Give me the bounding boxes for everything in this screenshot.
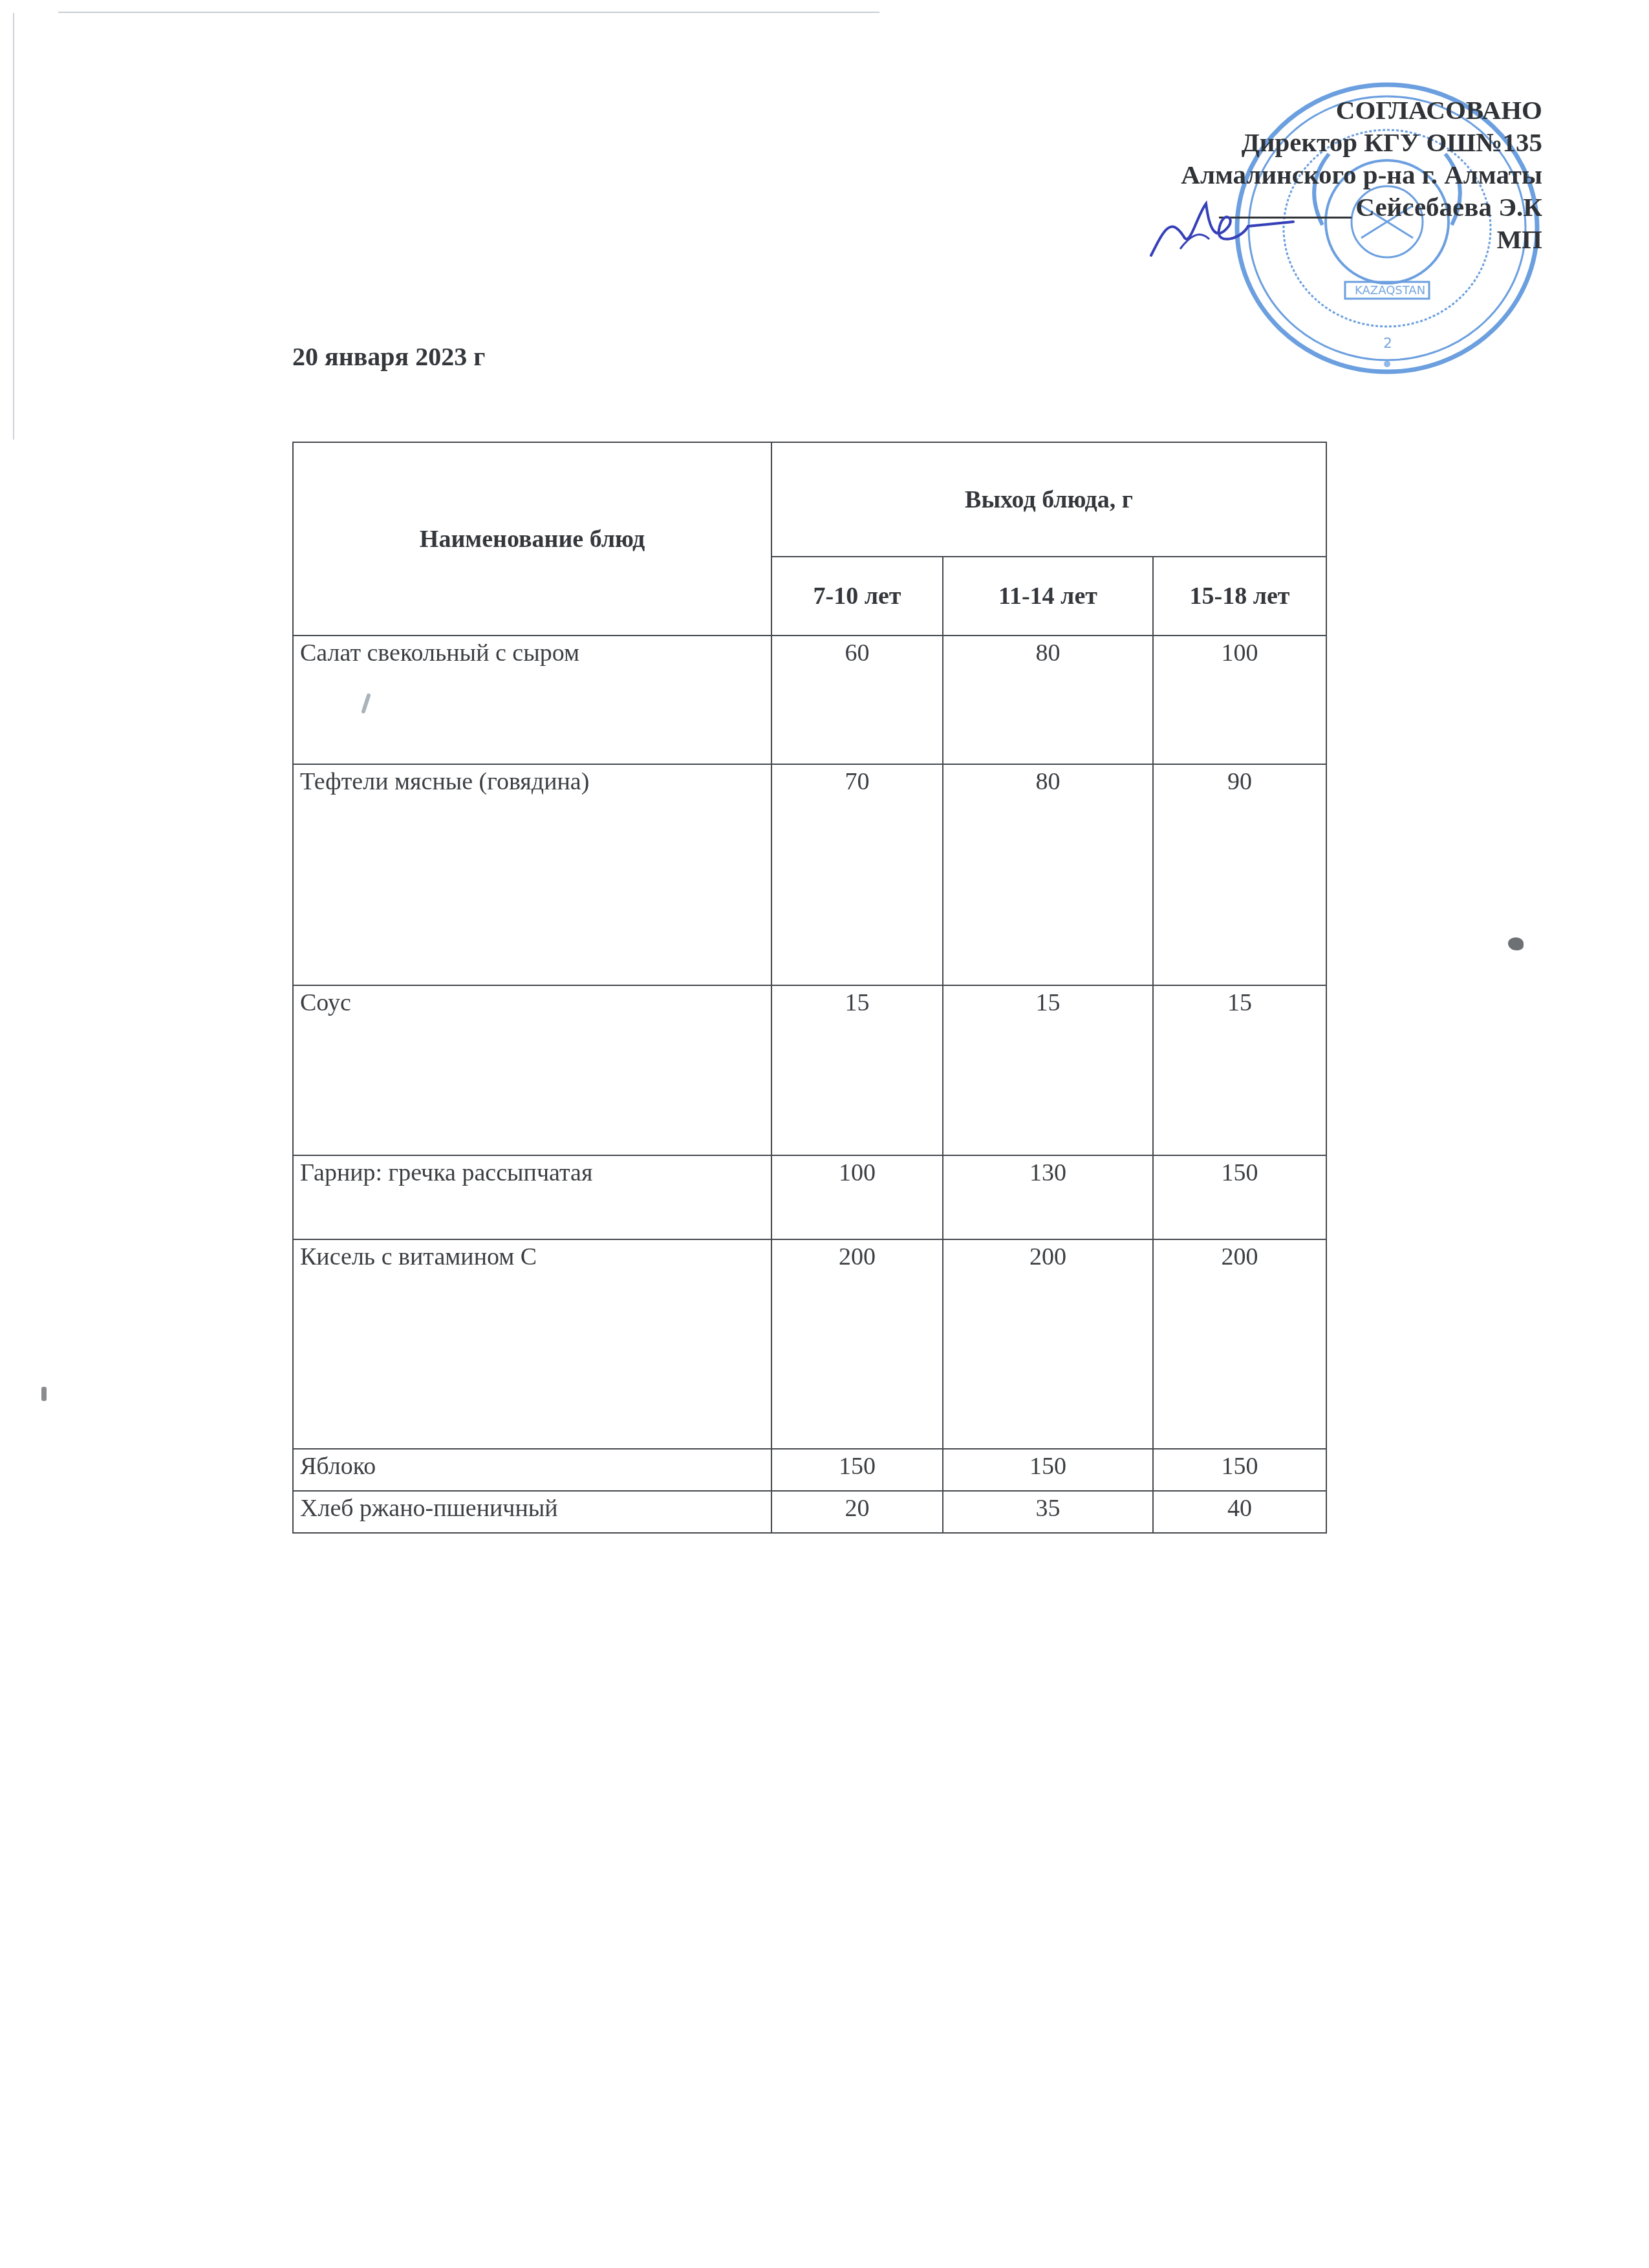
stamp-emblem-text: KAZAQSTAN — [1355, 284, 1425, 297]
dish-name: Яблоко — [293, 1449, 771, 1491]
yield-value: 80 — [943, 636, 1153, 764]
yield-value: 90 — [1153, 764, 1326, 985]
dish-name: Салат свекольный с сыром — [293, 636, 771, 764]
dish-name: Гарнир: гречка рассыпчатая — [293, 1155, 771, 1239]
document-date: 20 января 2023 г — [292, 341, 485, 372]
yield-value: 40 — [1153, 1491, 1326, 1533]
approval-district: Алмалинского р-на г. Алматы — [1181, 158, 1542, 191]
yield-value: 200 — [943, 1239, 1153, 1449]
table-row: Гарнир: гречка рассыпчатая 100 130 150 — [293, 1155, 1326, 1239]
yield-value: 150 — [1153, 1155, 1326, 1239]
yield-value: 80 — [943, 764, 1153, 985]
yield-value: 15 — [943, 985, 1153, 1155]
scan-speck — [41, 1387, 47, 1401]
column-header-dish-name: Наименование блюд — [293, 442, 771, 636]
dish-name: Хлеб ржано-пшеничный — [293, 1491, 771, 1533]
column-header-age-15-18: 15-18 лет — [1153, 557, 1326, 636]
approval-position: Директор КГУ ОШ№135 — [1181, 126, 1542, 158]
yield-value: 20 — [771, 1491, 943, 1533]
approval-title: СОГЛАСОВАНО — [1181, 94, 1542, 126]
menu-table: Наименование блюд Выход блюда, г 7-10 ле… — [292, 442, 1327, 1534]
column-header-age-11-14: 11-14 лет — [943, 557, 1153, 636]
approval-name: Сейсебаева Э.К — [1355, 192, 1542, 222]
scan-speck — [1508, 937, 1524, 950]
stamp-number: 2 — [1383, 336, 1392, 352]
yield-value: 150 — [1153, 1449, 1326, 1491]
scan-edge-top — [58, 12, 879, 13]
yield-value: 200 — [1153, 1239, 1326, 1449]
yield-value: 60 — [771, 636, 943, 764]
yield-value: 150 — [771, 1449, 943, 1491]
yield-value: 35 — [943, 1491, 1153, 1533]
yield-value: 100 — [771, 1155, 943, 1239]
signature-icon — [1145, 191, 1300, 262]
column-header-yield: Выход блюда, г — [771, 442, 1326, 557]
table-row: Тефтели мясные (говядина) 70 80 90 — [293, 764, 1326, 985]
dish-name: Тефтели мясные (говядина) — [293, 764, 771, 985]
table-row: Хлеб ржано-пшеничный 20 35 40 — [293, 1491, 1326, 1533]
yield-value: 150 — [943, 1449, 1153, 1491]
yield-value: 15 — [771, 985, 943, 1155]
yield-value: 200 — [771, 1239, 943, 1449]
table-row: Яблоко 150 150 150 — [293, 1449, 1326, 1491]
table-row: Соус 15 15 15 — [293, 985, 1326, 1155]
scan-edge-left — [13, 13, 14, 440]
yield-value: 70 — [771, 764, 943, 985]
table-row: Салат свекольный с сыром 60 80 100 — [293, 636, 1326, 764]
column-header-age-7-10: 7-10 лет — [771, 557, 943, 636]
dish-name: Кисель с витамином С — [293, 1239, 771, 1449]
yield-value: 15 — [1153, 985, 1326, 1155]
yield-value: 130 — [943, 1155, 1153, 1239]
table-header-row: Наименование блюд Выход блюда, г — [293, 442, 1326, 557]
yield-value: 100 — [1153, 636, 1326, 764]
dish-name: Соус — [293, 985, 771, 1155]
handwritten-signature — [1145, 191, 1300, 262]
table-row: Кисель с витамином С 200 200 200 — [293, 1239, 1326, 1449]
